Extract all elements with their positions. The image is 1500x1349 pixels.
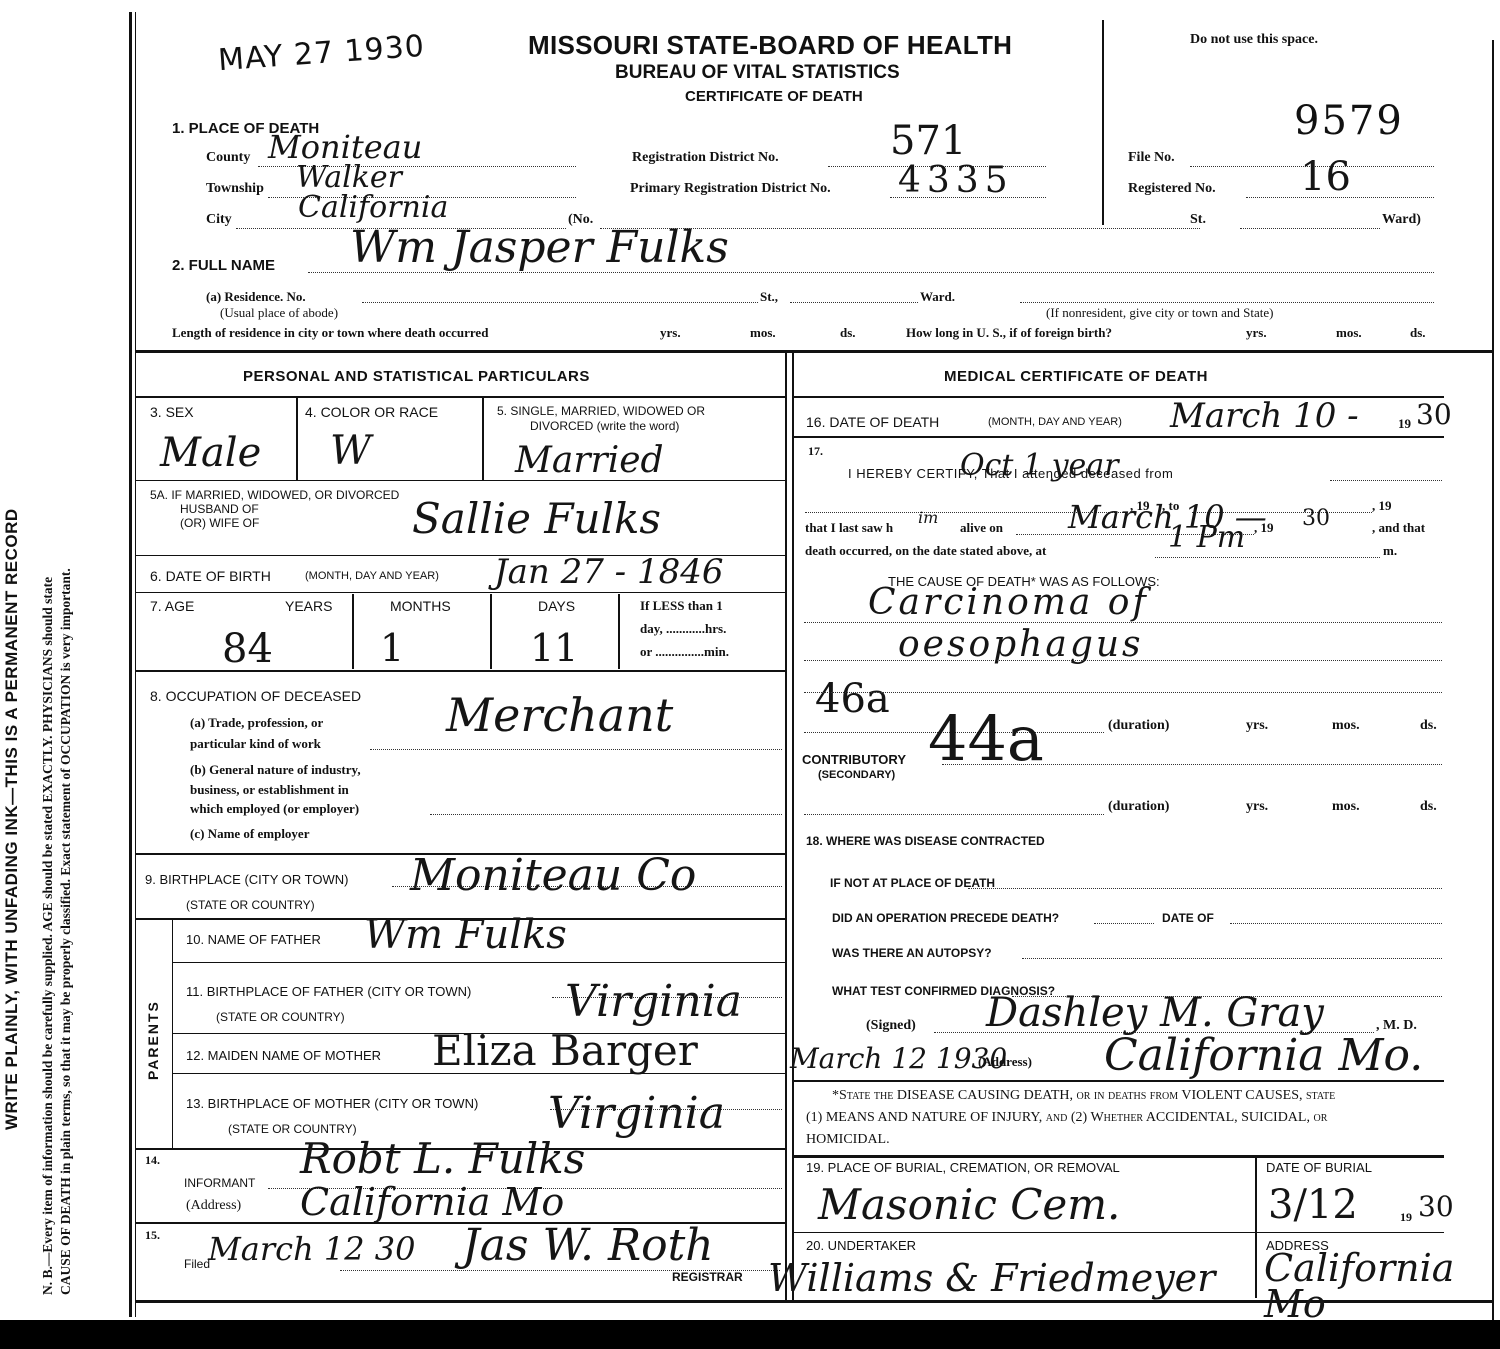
marital-status-label-1: 5. SINGLE, MARRIED, WIDOWED OR xyxy=(497,404,705,418)
age-months-value: 1 xyxy=(380,626,404,670)
street-st-label: St. xyxy=(1190,212,1206,228)
foreign-birth-label: How long in U. S., if of foreign birth? xyxy=(906,325,1112,341)
registered-no-value: 16 xyxy=(1300,154,1351,200)
filed-item-number: 15. xyxy=(145,1228,160,1243)
contributory-label: CONTRIBUTORY xyxy=(802,752,906,767)
sex-value: Male xyxy=(160,430,261,476)
certificate-form-name: CERTIFICATE OF DEATH xyxy=(685,88,863,105)
nb-instruction-line-2: CAUSE OF DEATH in plain terms, so that i… xyxy=(58,568,74,1295)
cause-line-3-field[interactable] xyxy=(804,692,1442,693)
date-of-death-label: 16. DATE OF DEATH xyxy=(806,414,939,430)
sex-race-divider xyxy=(296,398,298,480)
last-saw-label: that I last saw h xyxy=(805,520,893,536)
informant-label: INFORMANT xyxy=(184,1176,255,1190)
write-plainly-notice: WRITE PLAINLY, WITH UNFADING INK—THIS IS… xyxy=(2,508,22,1130)
occupation-a-field[interactable] xyxy=(370,749,782,750)
scan-bottom-edge xyxy=(0,1320,1500,1349)
residence-nonresident-field[interactable] xyxy=(1020,302,1434,303)
attended-to-year-label: , 19 xyxy=(1372,498,1392,514)
marital-status-label-2: DIVORCED (write the word) xyxy=(530,419,679,433)
marital-status-value: Married xyxy=(515,440,664,481)
cause-of-death-line-2: oesophagus xyxy=(898,624,1144,665)
father-birthplace-label: 11. BIRTHPLACE OF FATHER (CITY OR TOWN) xyxy=(186,984,471,999)
date-of-death-year-prefix: 19 xyxy=(1398,416,1411,432)
burial-date-label: DATE OF BURIAL xyxy=(1266,1160,1372,1175)
physician-signed-date: March 12 1930 xyxy=(790,1042,1007,1075)
where-contracted-label: 18. WHERE WAS DISEASE CONTRACTED xyxy=(806,834,1045,848)
date-of-birth-value: Jan 27 - 1846 xyxy=(494,552,724,592)
length-of-residence-label: Length of residence in city or town wher… xyxy=(172,325,488,341)
city-value: California xyxy=(298,190,448,225)
registration-district-value: 571 xyxy=(890,118,966,164)
mother-birthplace-value: Virginia xyxy=(548,1088,725,1139)
burial-year-prefix: 19 xyxy=(1400,1210,1412,1225)
last-saw-pronoun: im xyxy=(918,508,938,527)
personal-particulars-heading: PERSONAL AND STATISTICAL PARTICULARS xyxy=(243,368,590,385)
row-rule-footnote xyxy=(794,1155,1444,1158)
received-date-stamp: MAY 27 1930 xyxy=(217,29,426,78)
ward-label: Ward) xyxy=(1382,212,1421,228)
occupation-b-label-1: (b) General nature of industry, xyxy=(190,762,361,778)
item-17-number: 17. xyxy=(808,444,823,459)
city-label: City xyxy=(206,212,232,228)
death-time-field[interactable] xyxy=(1155,557,1380,558)
age-days-value: 11 xyxy=(530,626,578,670)
spouse-name-value: Sallie Fulks xyxy=(412,494,661,543)
date-of-death-value: March 10 - xyxy=(1170,396,1359,436)
burial-date-value: 3/12 xyxy=(1268,1182,1358,1228)
attended-from-field[interactable] xyxy=(1330,480,1442,481)
less-than-day-label-1: If LESS than 1 xyxy=(640,598,723,614)
residence-ward-label: Ward. xyxy=(920,289,955,305)
residence-ds-label: ds. xyxy=(840,325,856,341)
birthplace-value: Moniteau Co xyxy=(410,850,696,901)
mother-maiden-name-value: Eliza Barger xyxy=(432,1026,698,1075)
form-left-border xyxy=(129,12,132,1317)
cause-mos-label: mos. xyxy=(1332,718,1360,734)
ward-field[interactable] xyxy=(1240,228,1380,229)
nonresident-note: (If nonresident, give city or town and S… xyxy=(1046,305,1273,321)
filed-label: Filed xyxy=(184,1257,210,1271)
m-label: m. xyxy=(1383,543,1397,559)
certificate-number: 9579 xyxy=(1294,98,1404,144)
spouse-label-1: 5A. IF MARRIED, WIDOWED, OR DIVORCED xyxy=(150,488,399,502)
footnote-line-3: HOMICIDAL. xyxy=(806,1132,890,1148)
age-less-divider xyxy=(618,594,620,669)
last-saw-year-prefix: , 19 xyxy=(1254,520,1274,536)
row-rule-6 xyxy=(136,592,785,593)
footnote-line-1: *State the DISEASE CAUSING DEATH, or in … xyxy=(832,1088,1335,1104)
date-of-death-year: 30 xyxy=(1416,398,1452,431)
foreign-mos-label: mos. xyxy=(1336,325,1362,341)
informant-item-number: 14. xyxy=(145,1153,160,1168)
occupation-a-label-1: (a) Trade, profession, or xyxy=(190,715,323,731)
office-use-note: Do not use this space. xyxy=(1190,32,1318,48)
race-value: W xyxy=(330,428,371,474)
spouse-label-3: (OR) WIFE OF xyxy=(180,516,259,530)
residence-ward-field[interactable] xyxy=(790,302,918,303)
registrar-signature: Jas W. Roth xyxy=(462,1220,714,1271)
mother-birthplace-label: 13. BIRTHPLACE OF MOTHER (CITY OR TOWN) xyxy=(186,1096,478,1111)
race-marital-divider xyxy=(482,398,484,480)
medical-certificate-heading: MEDICAL CERTIFICATE OF DEATH xyxy=(944,368,1208,385)
father-birthplace-value: Virginia xyxy=(565,976,742,1027)
cause-duration-label: (duration) xyxy=(1108,718,1169,734)
less-than-day-label-3: or ...............min. xyxy=(640,644,729,660)
personal-heading-rule xyxy=(136,396,785,398)
undertaker-value: Williams & Friedmeyer xyxy=(768,1256,1215,1300)
bureau-subtitle: BUREAU OF VITAL STATISTICS xyxy=(615,62,900,84)
undertaker-label: 20. UNDERTAKER xyxy=(806,1238,916,1253)
death-occurred-label: death occurred, on the date stated above… xyxy=(805,543,1046,559)
autopsy-field[interactable] xyxy=(1022,958,1442,959)
physician-signed-label: (Signed) xyxy=(866,1018,916,1034)
informant-value: Robt L. Fulks xyxy=(300,1134,585,1183)
contributory-duration-label: (duration) xyxy=(1108,799,1169,815)
board-title: MISSOURI STATE-BOARD OF HEALTH xyxy=(528,30,1012,61)
age-months-divider xyxy=(352,594,354,669)
registered-no-label: Registered No. xyxy=(1128,181,1216,197)
and-that-label: , and that xyxy=(1372,520,1425,536)
father-birthplace-sublabel: (STATE OR COUNTRY) xyxy=(216,1010,345,1024)
top-section-divider xyxy=(136,350,1492,353)
registration-district-label: Registration District No. xyxy=(632,150,779,166)
age-months-label: MONTHS xyxy=(390,598,451,614)
county-label: County xyxy=(206,150,250,166)
cause-line-2-field[interactable] xyxy=(804,660,1442,661)
cause-ds-label: ds. xyxy=(1420,718,1437,734)
age-label: 7. AGE xyxy=(150,598,194,614)
burial-place-label: 19. PLACE OF BURIAL, CREMATION, OR REMOV… xyxy=(806,1160,1120,1175)
age-days-label: DAYS xyxy=(538,598,575,614)
date-of-death-sublabel: (MONTH, DAY AND YEAR) xyxy=(988,416,1122,428)
attended-from-value: Oct 1 year xyxy=(960,448,1119,483)
sex-label: 3. SEX xyxy=(150,404,194,420)
occupation-c-label: (c) Name of employer xyxy=(190,826,309,842)
cause-code: 46a xyxy=(815,676,890,722)
informant-address-value: California Mo xyxy=(300,1180,564,1224)
nb-instruction-line-1: N. B.—Every item of information should b… xyxy=(40,577,56,1295)
residence-st-label: St., xyxy=(760,289,778,305)
father-name-value: Wm Fulks xyxy=(364,912,567,958)
primary-registration-district-value: 4335 xyxy=(898,160,1014,201)
physician-address-value: California Mo. xyxy=(1104,1030,1423,1081)
row-rule-burial xyxy=(794,1232,1444,1233)
occupation-b-label-2: business, or establishment in xyxy=(190,782,349,798)
age-years-label: YEARS xyxy=(285,598,332,614)
residence-usual-abode-note: (Usual place of abode) xyxy=(220,305,338,321)
occupation-a-label-2: particular kind of work xyxy=(190,736,321,752)
file-no-label: File No. xyxy=(1128,150,1175,166)
row-rule-7 xyxy=(136,670,785,672)
age-years-value: 84 xyxy=(222,626,273,672)
occupation-a-value: Merchant xyxy=(446,688,673,742)
form-right-border xyxy=(1492,40,1494,1320)
footnote-line-2: (1) MEANS AND NATURE OF INJURY, and (2) … xyxy=(806,1110,1327,1126)
undertaker-address-value: California Mo xyxy=(1264,1250,1484,1322)
parents-block-divider xyxy=(172,920,173,1148)
column-divider-left xyxy=(785,353,787,1301)
filed-date-value: March 12 30 xyxy=(208,1230,415,1268)
cause-line-1-field[interactable] xyxy=(804,622,1442,623)
full-name-value: Wm Jasper Fulks xyxy=(350,222,729,273)
date-of-birth-sublabel: (MONTH, DAY AND YEAR) xyxy=(305,570,439,582)
contributory-mos-label: mos. xyxy=(1332,799,1360,815)
operation-date-label: DATE OF xyxy=(1162,911,1214,925)
row-rule-16 xyxy=(794,436,1444,438)
operation-date-field[interactable] xyxy=(1230,923,1442,924)
residence-yrs-label: yrs. xyxy=(660,325,681,341)
contributory-duration-field[interactable] xyxy=(804,814,1104,815)
physician-address-label: (Address) xyxy=(978,1054,1032,1070)
residence-mos-label: mos. xyxy=(750,325,776,341)
contributory-field[interactable] xyxy=(942,764,1442,765)
contributory-yrs-label: yrs. xyxy=(1246,799,1268,815)
occupation-b-field[interactable] xyxy=(430,814,782,815)
cause-yrs-label: yrs. xyxy=(1246,718,1268,734)
race-label: 4. COLOR OR RACE xyxy=(305,404,438,420)
row-rule-signature xyxy=(794,1080,1444,1082)
foreign-ds-label: ds. xyxy=(1410,325,1426,341)
row-rule-5 xyxy=(136,480,785,481)
registrar-label: REGISTRAR xyxy=(672,1270,743,1284)
death-time-value: 1 Pm xyxy=(1168,520,1245,555)
birthplace-label: 9. BIRTHPLACE (CITY OR TOWN) xyxy=(145,872,348,887)
form-left-border-inner xyxy=(135,12,136,1317)
place-contracted-field[interactable] xyxy=(968,888,1442,889)
occupation-b-label-3: which employed (or employer) xyxy=(190,801,359,817)
residence-no-field[interactable] xyxy=(362,302,758,303)
residence-label: (a) Residence. No. xyxy=(206,289,306,305)
last-saw-year-value: 30 xyxy=(1302,506,1330,531)
foreign-yrs-label: yrs. xyxy=(1246,325,1267,341)
secondary-label: (SECONDARY) xyxy=(818,769,895,781)
age-days-divider xyxy=(490,594,492,669)
father-name-label: 10. NAME OF FATHER xyxy=(186,932,321,947)
primary-registration-district-label: Primary Registration District No. xyxy=(630,181,831,197)
burial-year-value: 30 xyxy=(1418,1190,1454,1223)
autopsy-label: WAS THERE AN AUTOPSY? xyxy=(832,946,992,960)
parents-vertical-label: PARENTS xyxy=(145,1000,161,1080)
burial-date-divider xyxy=(1255,1158,1257,1298)
row-rule-12 xyxy=(172,1073,785,1074)
contributory-ds-label: ds. xyxy=(1420,799,1437,815)
spouse-label-2: HUSBAND OF xyxy=(180,502,259,516)
operation-field[interactable] xyxy=(1094,923,1154,924)
township-label: Township xyxy=(206,181,264,197)
less-than-day-label-2: day, ............hrs. xyxy=(640,621,726,637)
office-box-divider xyxy=(1102,20,1104,225)
date-of-birth-label: 6. DATE OF BIRTH xyxy=(150,568,271,584)
occupation-label: 8. OCCUPATION OF DECEASED xyxy=(150,688,361,704)
cause-of-death-line-1: Carcinoma of xyxy=(868,582,1149,623)
column-divider-right xyxy=(792,353,794,1301)
full-name-label: 2. FULL NAME xyxy=(172,257,275,274)
row-rule-10 xyxy=(172,962,785,963)
burial-place-value: Masonic Cem. xyxy=(818,1180,1120,1229)
mother-maiden-name-label: 12. MAIDEN NAME OF MOTHER xyxy=(186,1048,381,1063)
birthplace-sublabel: (STATE OR COUNTRY) xyxy=(186,898,315,912)
informant-address-label: (Address) xyxy=(186,1198,241,1214)
operation-label: DID AN OPERATION PRECEDE DEATH? xyxy=(832,911,1059,925)
alive-on-label: alive on xyxy=(960,520,1003,536)
